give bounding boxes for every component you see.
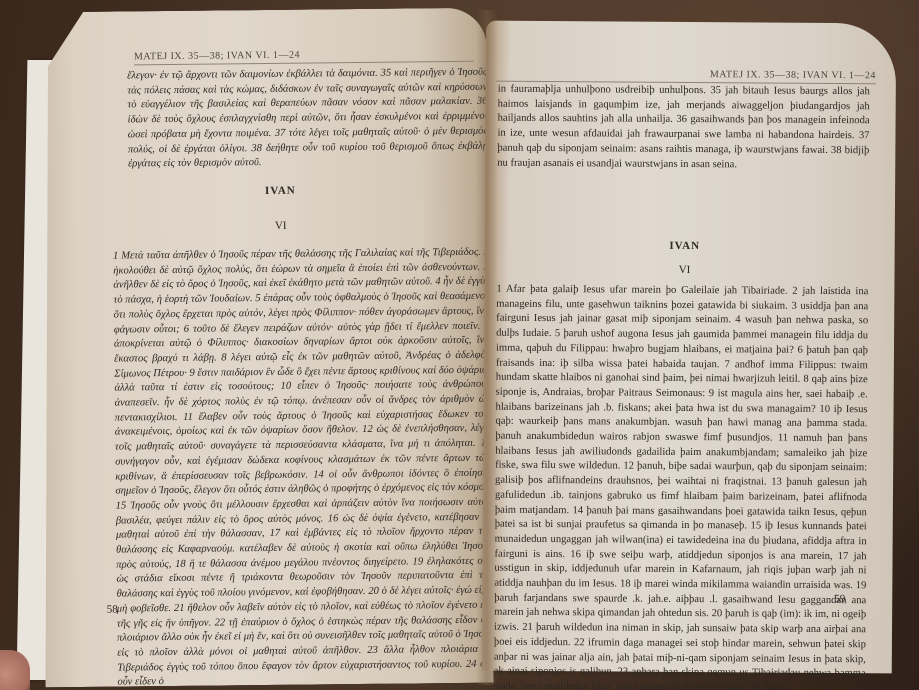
right-chapter-number: VI xyxy=(624,264,744,277)
right-page: MATEJ IX. 35—38; IVAN VI. 1—24 in fauram… xyxy=(482,21,897,674)
left-chapter-number: VI xyxy=(221,219,341,232)
left-running-head: MATEJ IX. 35—38; IVAN VI. 1—24 xyxy=(134,48,474,66)
left-page-number: 58 xyxy=(107,604,118,616)
left-book-title: IVAN xyxy=(220,184,340,197)
left-top-text-block: ἔλεγον· ἐν τῷ ἄρχοντι τῶν δαιμονίων ἐκβά… xyxy=(127,66,488,173)
right-page-number: 59 xyxy=(834,593,845,605)
left-page: MATEJ IX. 35—38; IVAN VI. 1—24 ἔλεγον· ἐ… xyxy=(38,8,493,688)
book-gutter-shadow xyxy=(476,10,498,685)
right-top-text-block: in fauramaþlja unhulþono usdreibiþ unhul… xyxy=(497,83,870,174)
right-running-head: MATEJ IX. 35—38; IVAN VI. 1—24 xyxy=(496,68,876,85)
right-main-text-block: 1 Afar þata galaiþ Iesus ufar marein þo … xyxy=(494,283,869,690)
left-main-text-block: 1 Μετὰ ταῦτα ἀπῆλθεν ὁ Ἰησοῦς πέραν τῆς … xyxy=(113,246,494,690)
right-book-title: IVAN xyxy=(625,240,745,253)
